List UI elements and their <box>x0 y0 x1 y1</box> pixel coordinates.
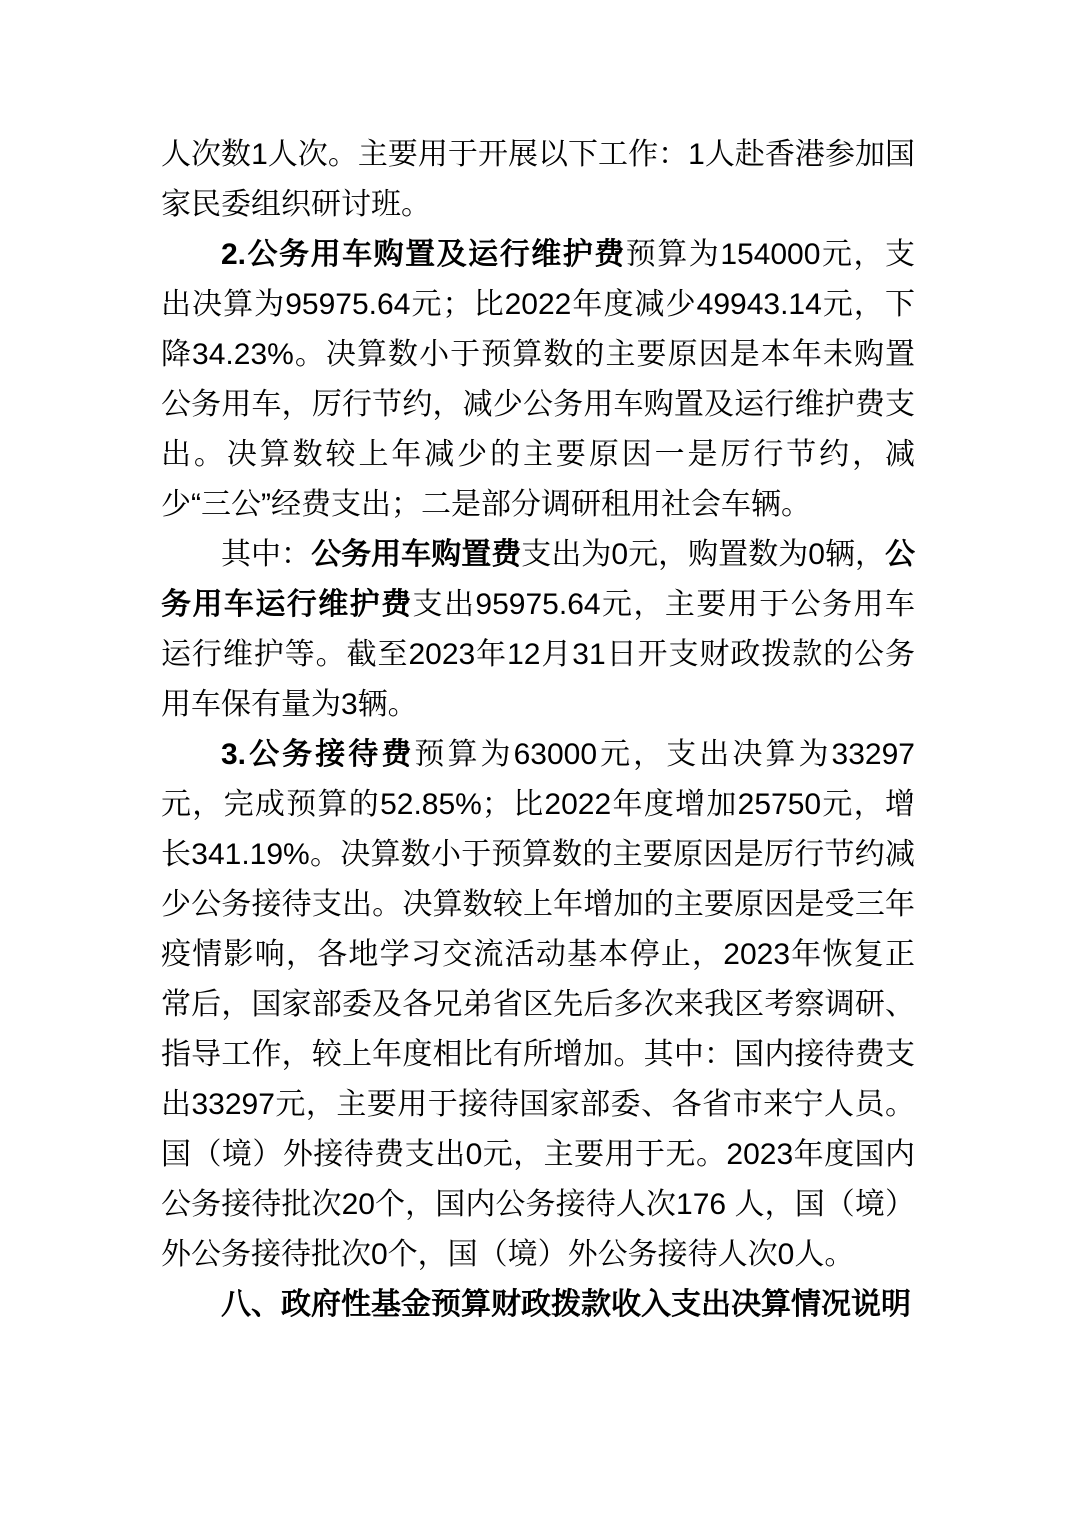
text-run: 支出为0元，购置数为0辆， <box>521 538 885 571</box>
text-run: 人次数1人次。主要用于开展以下工作：1人赴香港参加国家民委组织研讨班。 <box>161 138 915 221</box>
para-official-vehicle-purchase-and-operation: 2.公务用车购置及运行维护费预算为154000元，支出决算为95975.64元；… <box>161 230 915 530</box>
para-official-reception: 3.公务接待费预算为63000元，支出决算为33297元，完成预算的52.85%… <box>161 730 915 1280</box>
bold-text-run: 3.公务接待费 <box>221 738 414 771</box>
para-vehicle-breakdown: 其中：公务用车购置费支出为0元，购置数为0辆，公务用车运行维护费支出95975.… <box>161 530 915 730</box>
text-run: 预算为63000元，支出决算为33297元，完成预算的52.85%；比2022年… <box>161 738 915 1271</box>
document-page: 人次数1人次。主要用于开展以下工作：1人赴香港参加国家民委组织研讨班。2.公务用… <box>0 0 1074 1520</box>
bold-text-run: 公务用车购置费 <box>311 538 521 571</box>
document-body: 人次数1人次。主要用于开展以下工作：1人赴香港参加国家民委组织研讨班。2.公务用… <box>161 130 915 1330</box>
bold-text-run: 八、政府性基金预算财政拨款收入支出决算情况说明 <box>221 1288 911 1321</box>
text-run: 预算为154000元，支出决算为95975.64元；比2022年度减少49943… <box>161 238 915 521</box>
para-training-abroad-continuation: 人次数1人次。主要用于开展以下工作：1人赴香港参加国家民委组织研讨班。 <box>161 130 915 230</box>
bold-text-run: 2.公务用车购置及运行维护费 <box>221 238 626 271</box>
heading-section-8-government-fund-budget: 八、政府性基金预算财政拨款收入支出决算情况说明 <box>161 1280 915 1330</box>
text-run: 其中： <box>221 538 311 571</box>
